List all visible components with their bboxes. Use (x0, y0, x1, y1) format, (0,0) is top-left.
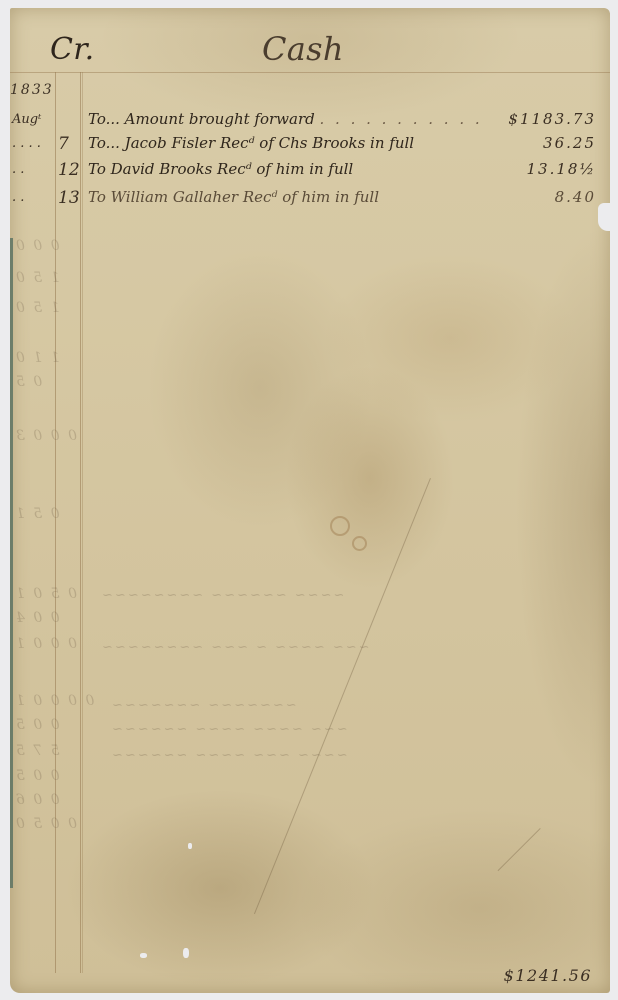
ledger-entry: . . . . 7 To... Jacob Fisler Recᵈ of Chs… (10, 136, 610, 160)
paper-hole (188, 843, 192, 849)
ledger-year: 1833 (10, 82, 54, 98)
bleed-through-text: ~~~ ~~~~ ~~~~ ~~~~~~ (110, 722, 348, 737)
entry-description: To William Gallaher Recᵈ of him in full (88, 188, 379, 206)
stain-ring (352, 536, 367, 551)
scan-background: 0 0 0 1 5 0 1 5 0 1 1 0 0 5 0 0 0 3 0 5 … (0, 0, 618, 1000)
bleed-through-text: 0 0 0 3 (14, 428, 77, 444)
bleed-through-text: ~~~~ ~~~ ~~~~ ~~~~~~ (110, 748, 348, 763)
entry-month: . . . . (12, 136, 41, 151)
entry-amount: $1183.73 (508, 110, 596, 128)
account-title: Cash (262, 30, 344, 68)
bleed-through-text: 0 0 5 0 (14, 816, 77, 832)
bleed-through-text: 5 7 5 (14, 743, 60, 759)
entry-amount: 36.25 (543, 134, 596, 152)
bleed-through-text: ~~~ ~~~~ ~ ~~~ ~~~~~~~~ (100, 640, 370, 655)
page-total: $1241.56 (504, 966, 592, 985)
entry-amount: 8.40 (555, 188, 596, 206)
bleed-through-text: 0 5 0 1 (14, 586, 77, 602)
bleed-through-text: 0 0 4 (14, 610, 60, 626)
paper-hole (140, 953, 147, 958)
ledger-entry: Augᵗ To... Amount brought forward . . . … (10, 112, 610, 136)
bleed-through-text: 1 1 0 (14, 350, 60, 366)
bleed-through-text: 0 5 1 (14, 506, 60, 522)
stain-ring (330, 516, 350, 536)
ledger-entry: . . 12 To David Brooks Recᵈ of him in fu… (10, 162, 610, 186)
entry-month: . . (12, 190, 24, 205)
bleed-through-text: 0 0 0 1 (14, 636, 77, 652)
ledger-entry: . . 13 To William Gallaher Recᵈ of him i… (10, 190, 610, 214)
bleed-through-text: 0 0 5 (14, 717, 60, 733)
binding-edge (10, 238, 13, 888)
bleed-through-text: 1 5 0 (14, 270, 60, 286)
entry-description: To... Amount brought forward . . . . . .… (88, 110, 483, 128)
bleed-through-text: 0 0 0 (14, 238, 60, 254)
bleed-through-text: ~~~~ ~~~~~~ ~~~~~~~~ (100, 588, 344, 603)
side-label: Cr. (50, 32, 94, 67)
entry-description: To... Jacob Fisler Recᵈ of Chs Brooks in… (88, 134, 414, 152)
header-rule (10, 72, 610, 73)
bleed-through-text: 0 0 5 (14, 768, 60, 784)
entry-amount: 13.18½ (527, 160, 596, 178)
bleed-through-text: 0 0 6 (14, 792, 60, 808)
paper-hole (183, 948, 189, 958)
ledger-page: 0 0 0 1 5 0 1 5 0 1 1 0 0 5 0 0 0 3 0 5 … (10, 8, 610, 993)
paper-crease (254, 478, 431, 914)
bleed-through-text: 0 5 (14, 374, 42, 390)
entry-description: To David Brooks Recᵈ of him in full (88, 160, 353, 178)
entry-day: 13 (58, 188, 80, 208)
bleed-through-text: ~~~~~~~ ~~~~~~~ (110, 698, 297, 713)
dot-leader: . . . . . . . . . . . (320, 110, 483, 128)
entry-day: 7 (58, 134, 69, 154)
bleed-through-text: 0 0 0 0 1 (14, 693, 94, 709)
entry-month: Augᵗ (12, 112, 41, 127)
bleed-through-text: 1 5 0 (14, 300, 60, 316)
paper-crease (498, 828, 541, 871)
entry-day: 12 (58, 160, 80, 180)
entry-month: . . (12, 162, 24, 177)
